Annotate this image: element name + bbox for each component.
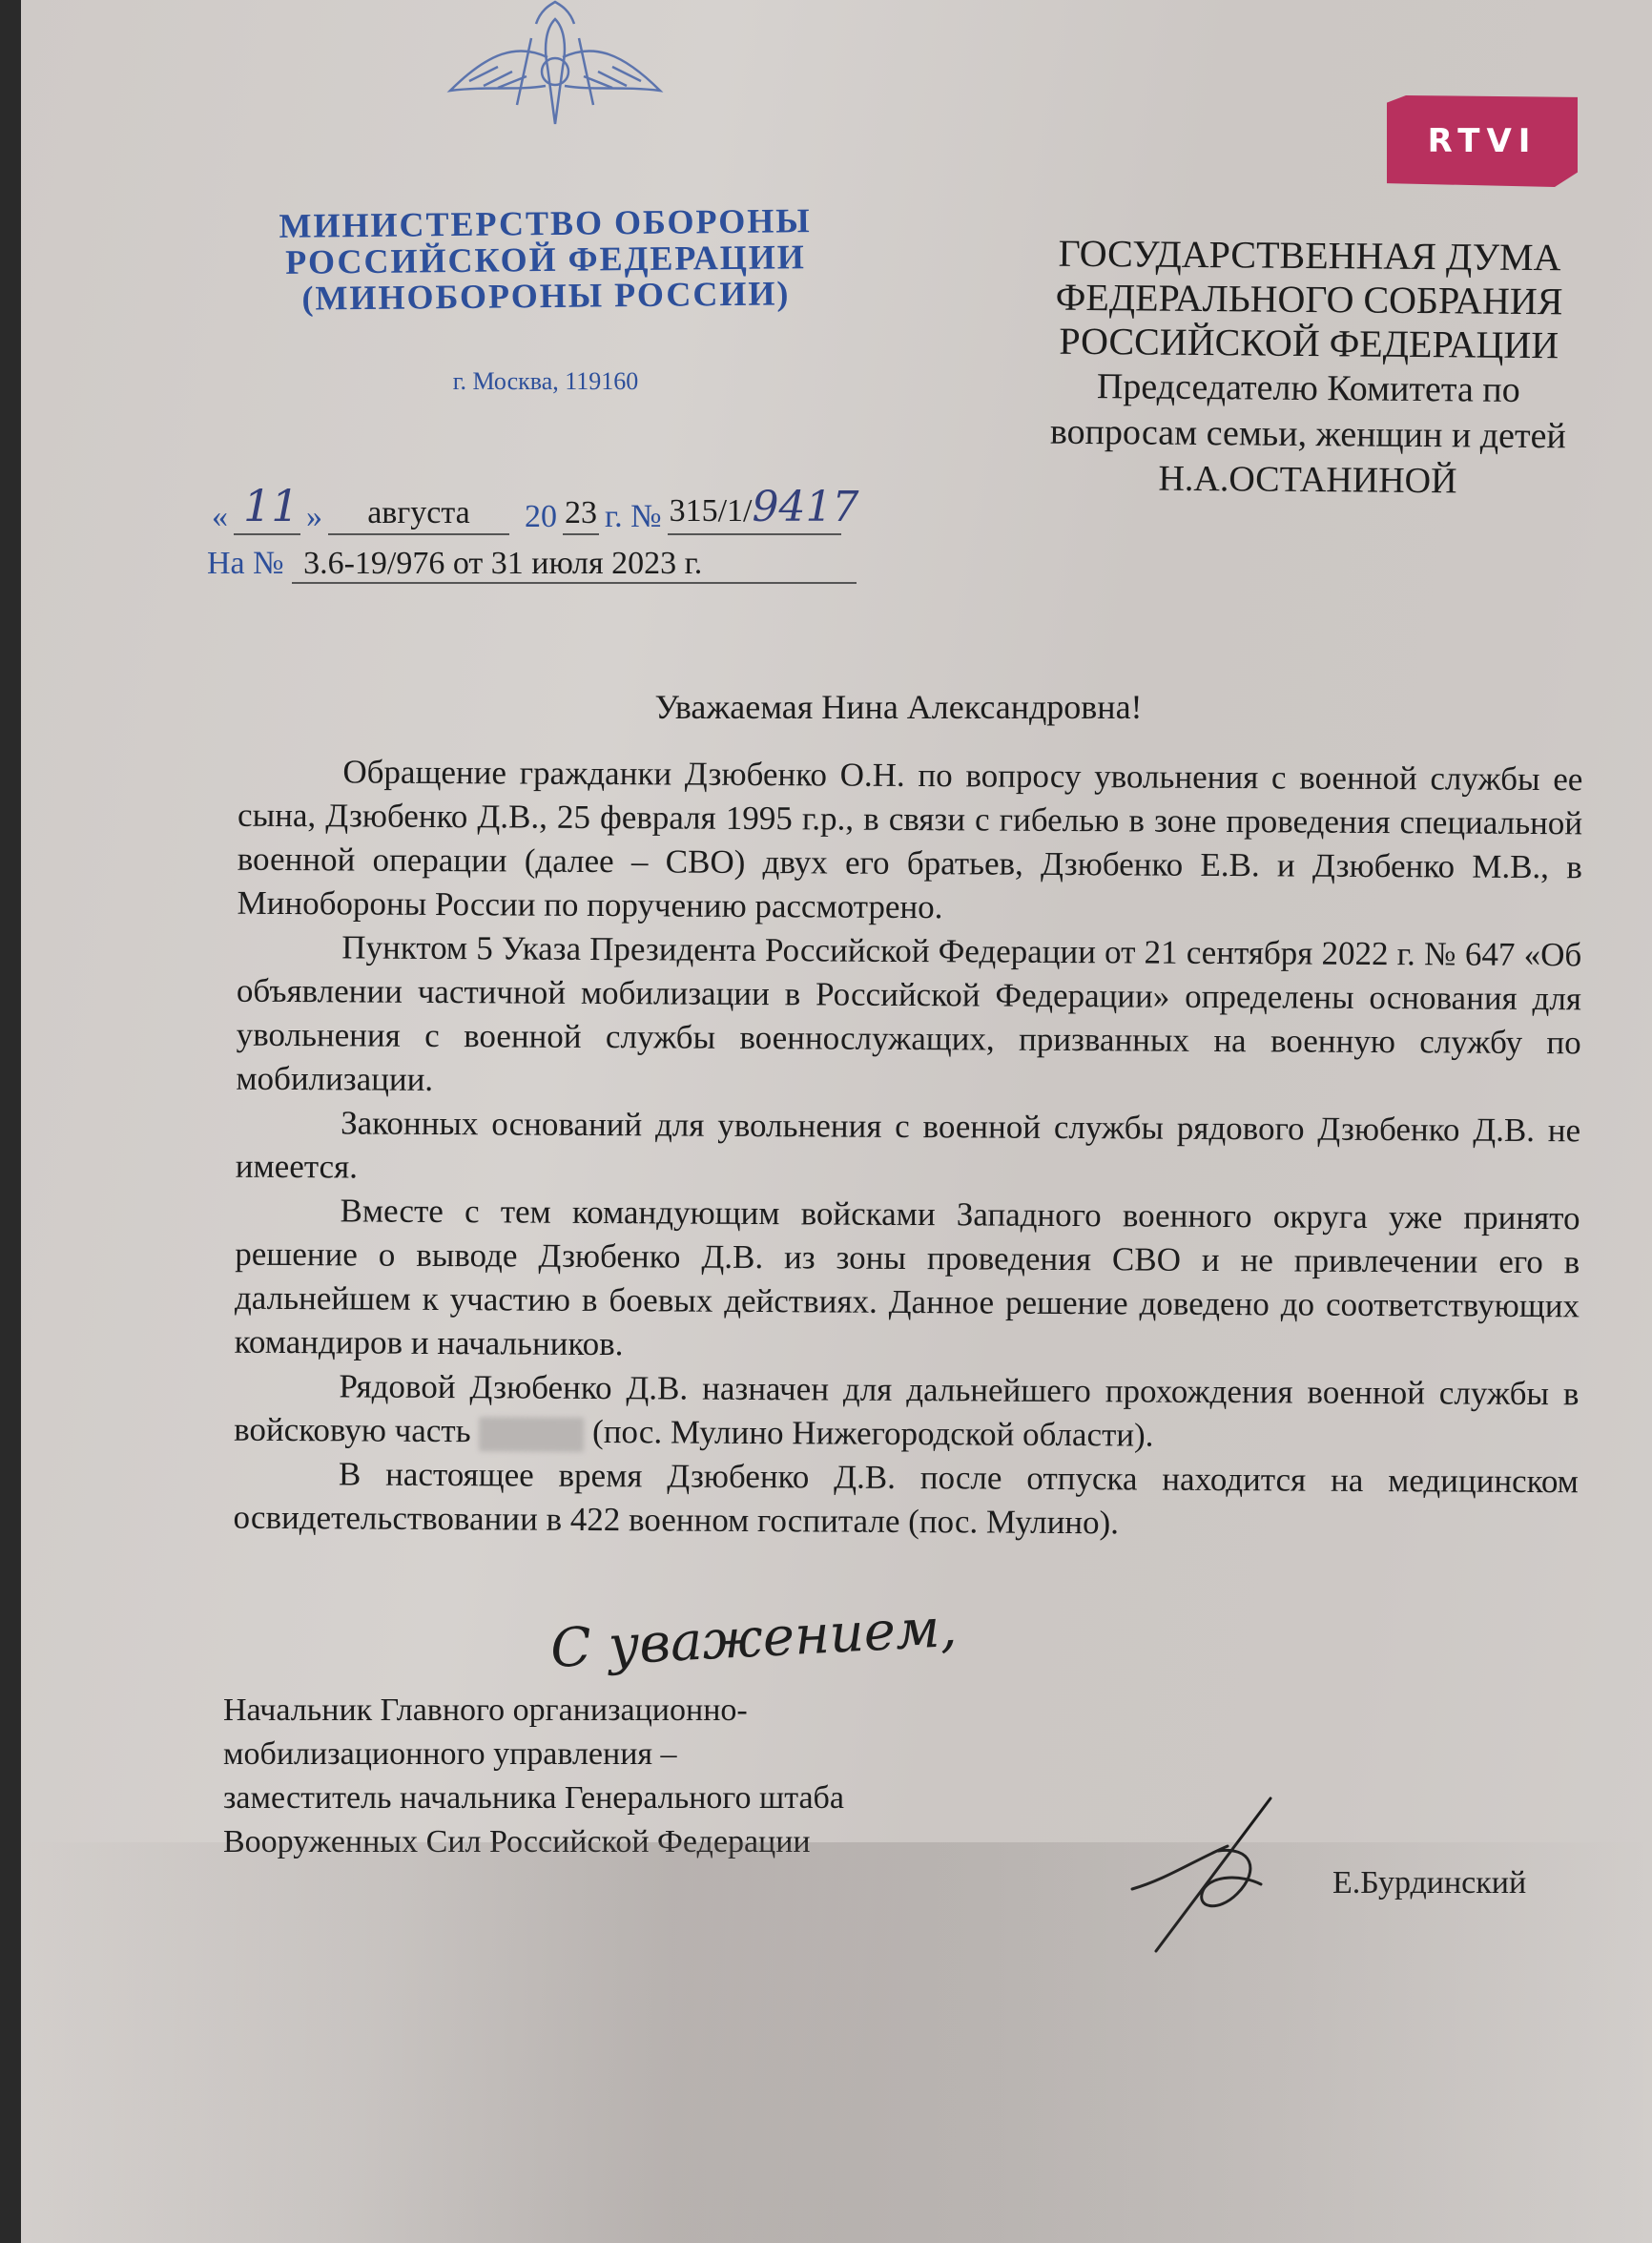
sender-city: г. Москва, 119160 [259,367,832,396]
recipient-name: Н.А.ОСТАНИНОЙ [1012,454,1603,505]
open-quote: « [212,499,228,535]
paragraph: Пунктом 5 Указа Президента Российской Фе… [236,925,1581,1110]
recipient-org-line: ГОСУДАРСТВЕННАЯ ДУМА [1014,231,1605,280]
paragraph: Обращение гражданки Дзюбенко О.Н. по воп… [237,750,1582,934]
double-headed-eagle-emblem [441,0,670,129]
month: августа [328,495,509,535]
outgoing-number: 315/1/ [670,493,753,529]
reference-label: На № [207,546,284,581]
paragraph: Вместе с тем командующим войсками Западн… [235,1189,1580,1373]
unit-text-after: (пос. Мулино Нижегородской области). [592,1413,1154,1454]
sender-header: МИНИСТЕРСТВО ОБОРОНЫ РОССИЙСКОЙ ФЕДЕРАЦИ… [258,202,832,317]
handwritten-number: 9417 [752,483,858,531]
letter-page: МИНИСТЕРСТВО ОБОРОНЫ РОССИЙСКОЙ ФЕДЕРАЦИ… [21,0,1652,2243]
rtvi-watermark-logo: RTVI [1387,95,1578,187]
paragraph: Законных оснований для увольнения с воен… [236,1101,1581,1197]
recipient-position-line: вопросам семьи, женщин и детей [1012,408,1603,459]
reference-value: 3.6-19/976 от 31 июля 2023 г. [292,546,857,584]
outgoing-date-number: « 11 » августа 2023 г. № 315/1/9417 [212,482,841,535]
handwritten-day: 11 [234,480,300,535]
sender-line: (МИНОБОРОНЫ РОССИИ) [259,275,832,317]
paragraph-unit-assignment: Рядовой Дзюбенко Д.В. назначен для дальн… [234,1364,1580,1461]
close-quote: » [306,499,322,535]
reference-line: На № 3.6-19/976 от 31 июля 2023 г. [207,546,857,584]
signer-name: Е.Бурдинский [1332,1865,1526,1901]
salutation: Уважаемая Нина Александровна! [422,687,1375,727]
recipient-org-line: РОССИЙСКОЙ ФЕДЕРАЦИИ [1013,319,1604,367]
paragraph: В настоящее время Дзюбенко Д.В. после от… [233,1452,1579,1548]
recipient-block: ГОСУДАРСТВЕННАЯ ДУМА ФЕДЕРАЛЬНОГО СОБРАН… [1012,231,1605,505]
position-line: мобилизационного управления – [223,1733,844,1776]
signer-position: Начальник Главного организационно- мобил… [223,1689,844,1864]
recipient-org-line: ФЕДЕРАЛЬНОГО СОБРАНИЯ [1013,275,1604,323]
letter-body: Обращение гражданки Дзюбенко О.Н. по воп… [233,750,1582,1548]
position-line: Вооруженных Сил Российской Федерации [223,1820,844,1864]
recipient-position-line: Председателю Комитета по [1013,363,1604,413]
handwritten-regards: С уважением, [549,1597,959,1680]
year-suffix: 23 [563,495,599,535]
position-line: Начальник Главного организационно- [223,1689,844,1733]
year-prefix: 20 [525,499,557,535]
handwritten-signature [1127,1794,1290,1956]
position-line: заместитель начальника Генерального штаб… [223,1776,844,1820]
redacted-unit-number [479,1417,584,1452]
year-number-label: г. № [605,499,662,535]
